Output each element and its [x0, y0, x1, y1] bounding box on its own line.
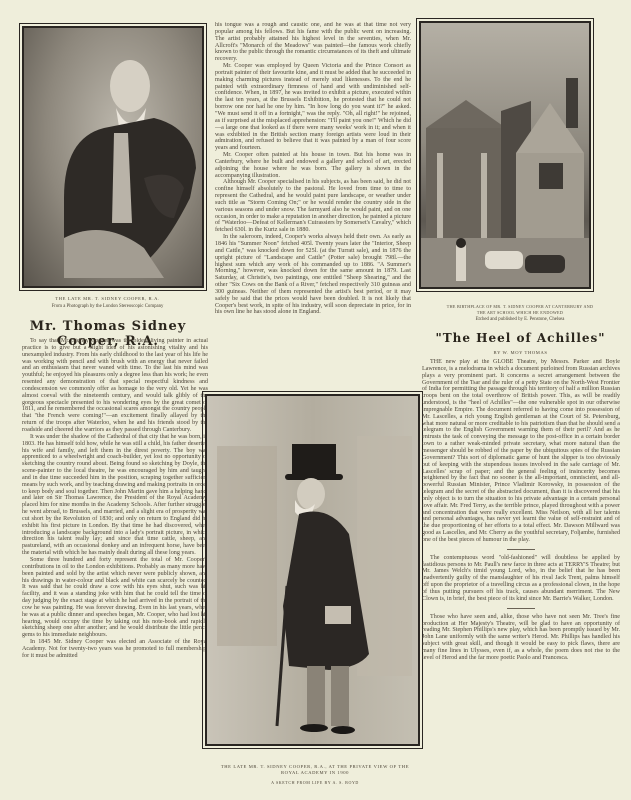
paragraph: Some three hundred and forty represent t… [22, 557, 208, 639]
house-and-cows-illustration [421, 23, 589, 287]
article-cooper-column-left: To say that Mr. Sidney Cooper was the ol… [22, 338, 208, 800]
center-sketch-credit: A SKETCH FROM LIFE BY A. S. BOYD [200, 780, 430, 786]
paragraph: Mr. Cooper often painted at his house in… [215, 152, 411, 179]
article-cooper-column-center: his tongue was a rough and caustic one, … [215, 22, 411, 382]
paragraph: In the saleroom, indeed, Cooper's works … [215, 234, 411, 316]
paragraph: To say that Mr. Sidney Cooper was the ol… [22, 338, 208, 434]
left-photo-caption: THE LATE MR. T. SIDNEY COOPER, R.A. [10, 296, 205, 302]
left-photo-credit: From a Photograph by the London Stereosc… [10, 303, 205, 310]
paragraph: The contemptuous word "old-fashioned" wi… [422, 555, 620, 603]
center-sketch-caption-line2: ROYAL ACADEMY IN 1900 [200, 770, 430, 776]
section-divider [507, 549, 535, 550]
article-achilles-column: THE new play at the GLOBE Theatre, by Me… [422, 359, 620, 799]
paragraph: In 1845 Mr. Sidney Cooper was elected an… [22, 639, 208, 660]
etching-birthplace-canterbury [419, 21, 591, 289]
section-divider [507, 608, 535, 609]
paragraph: THE new play at the GLOBE Theatre, by Me… [422, 359, 620, 544]
sketch-cooper-royal-academy [205, 394, 420, 746]
article-headline-achilles: "The Heel of Achilles" [418, 331, 623, 345]
paragraph: Although Mr. Cooper specialised in his s… [215, 179, 411, 234]
man-with-top-hat-illustration [207, 396, 418, 744]
portrait-photo-cooper [22, 26, 204, 288]
paragraph: Those who have seen and, alike, those wh… [422, 614, 620, 662]
right-photo-credit: Etched and published by E. Penstone, Che… [415, 316, 625, 323]
paragraph: his tongue was a rough and caustic one, … [215, 22, 411, 63]
paragraph: Mr. Cooper was employed by Queen Victori… [215, 63, 411, 152]
article-byline-achilles: BY W. MOY THOMAS [418, 350, 623, 355]
seated-man-illustration [24, 28, 202, 286]
paragraph: It was under the shadow of the Cathedral… [22, 434, 208, 557]
